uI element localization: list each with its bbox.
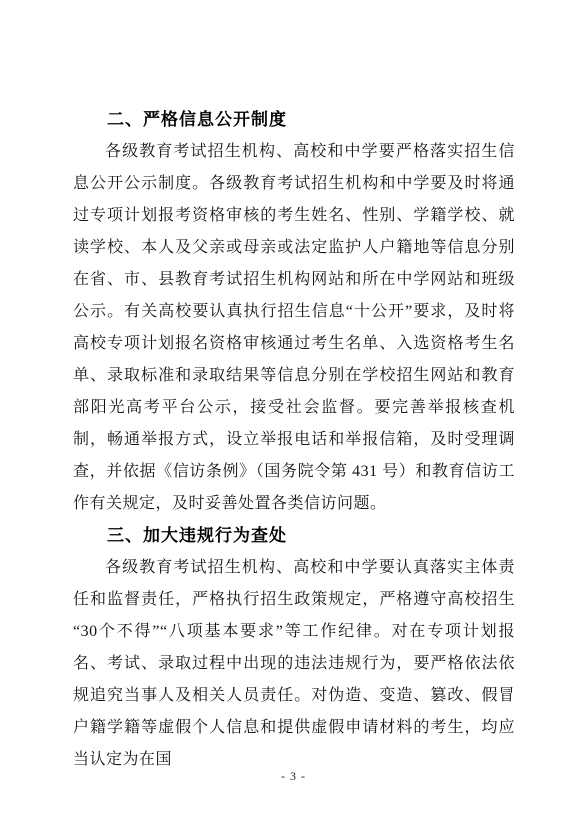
document-content: 二、严格信息公开制度 各级教育考试招生机构、高校和中学要严格落实招生信息公开公示…	[73, 104, 515, 776]
section-heading-info-disclosure: 二、严格信息公开制度	[73, 104, 515, 136]
section-body-violation-investigation: 各级教育考试招生机构、高校和中学要认真落实主体责任和监督责任，严格执行招生政策规…	[73, 552, 515, 776]
section-heading-violation-investigation: 三、加大违规行为查处	[73, 520, 515, 552]
document-page: 二、严格信息公开制度 各级教育考试招生机构、高校和中学要严格落实招生信息公开公示…	[0, 0, 587, 833]
section-body-info-disclosure: 各级教育考试招生机构、高校和中学要严格落实招生信息公开公示制度。各级教育考试招生…	[73, 136, 515, 520]
page-number: - 3 -	[0, 768, 587, 784]
